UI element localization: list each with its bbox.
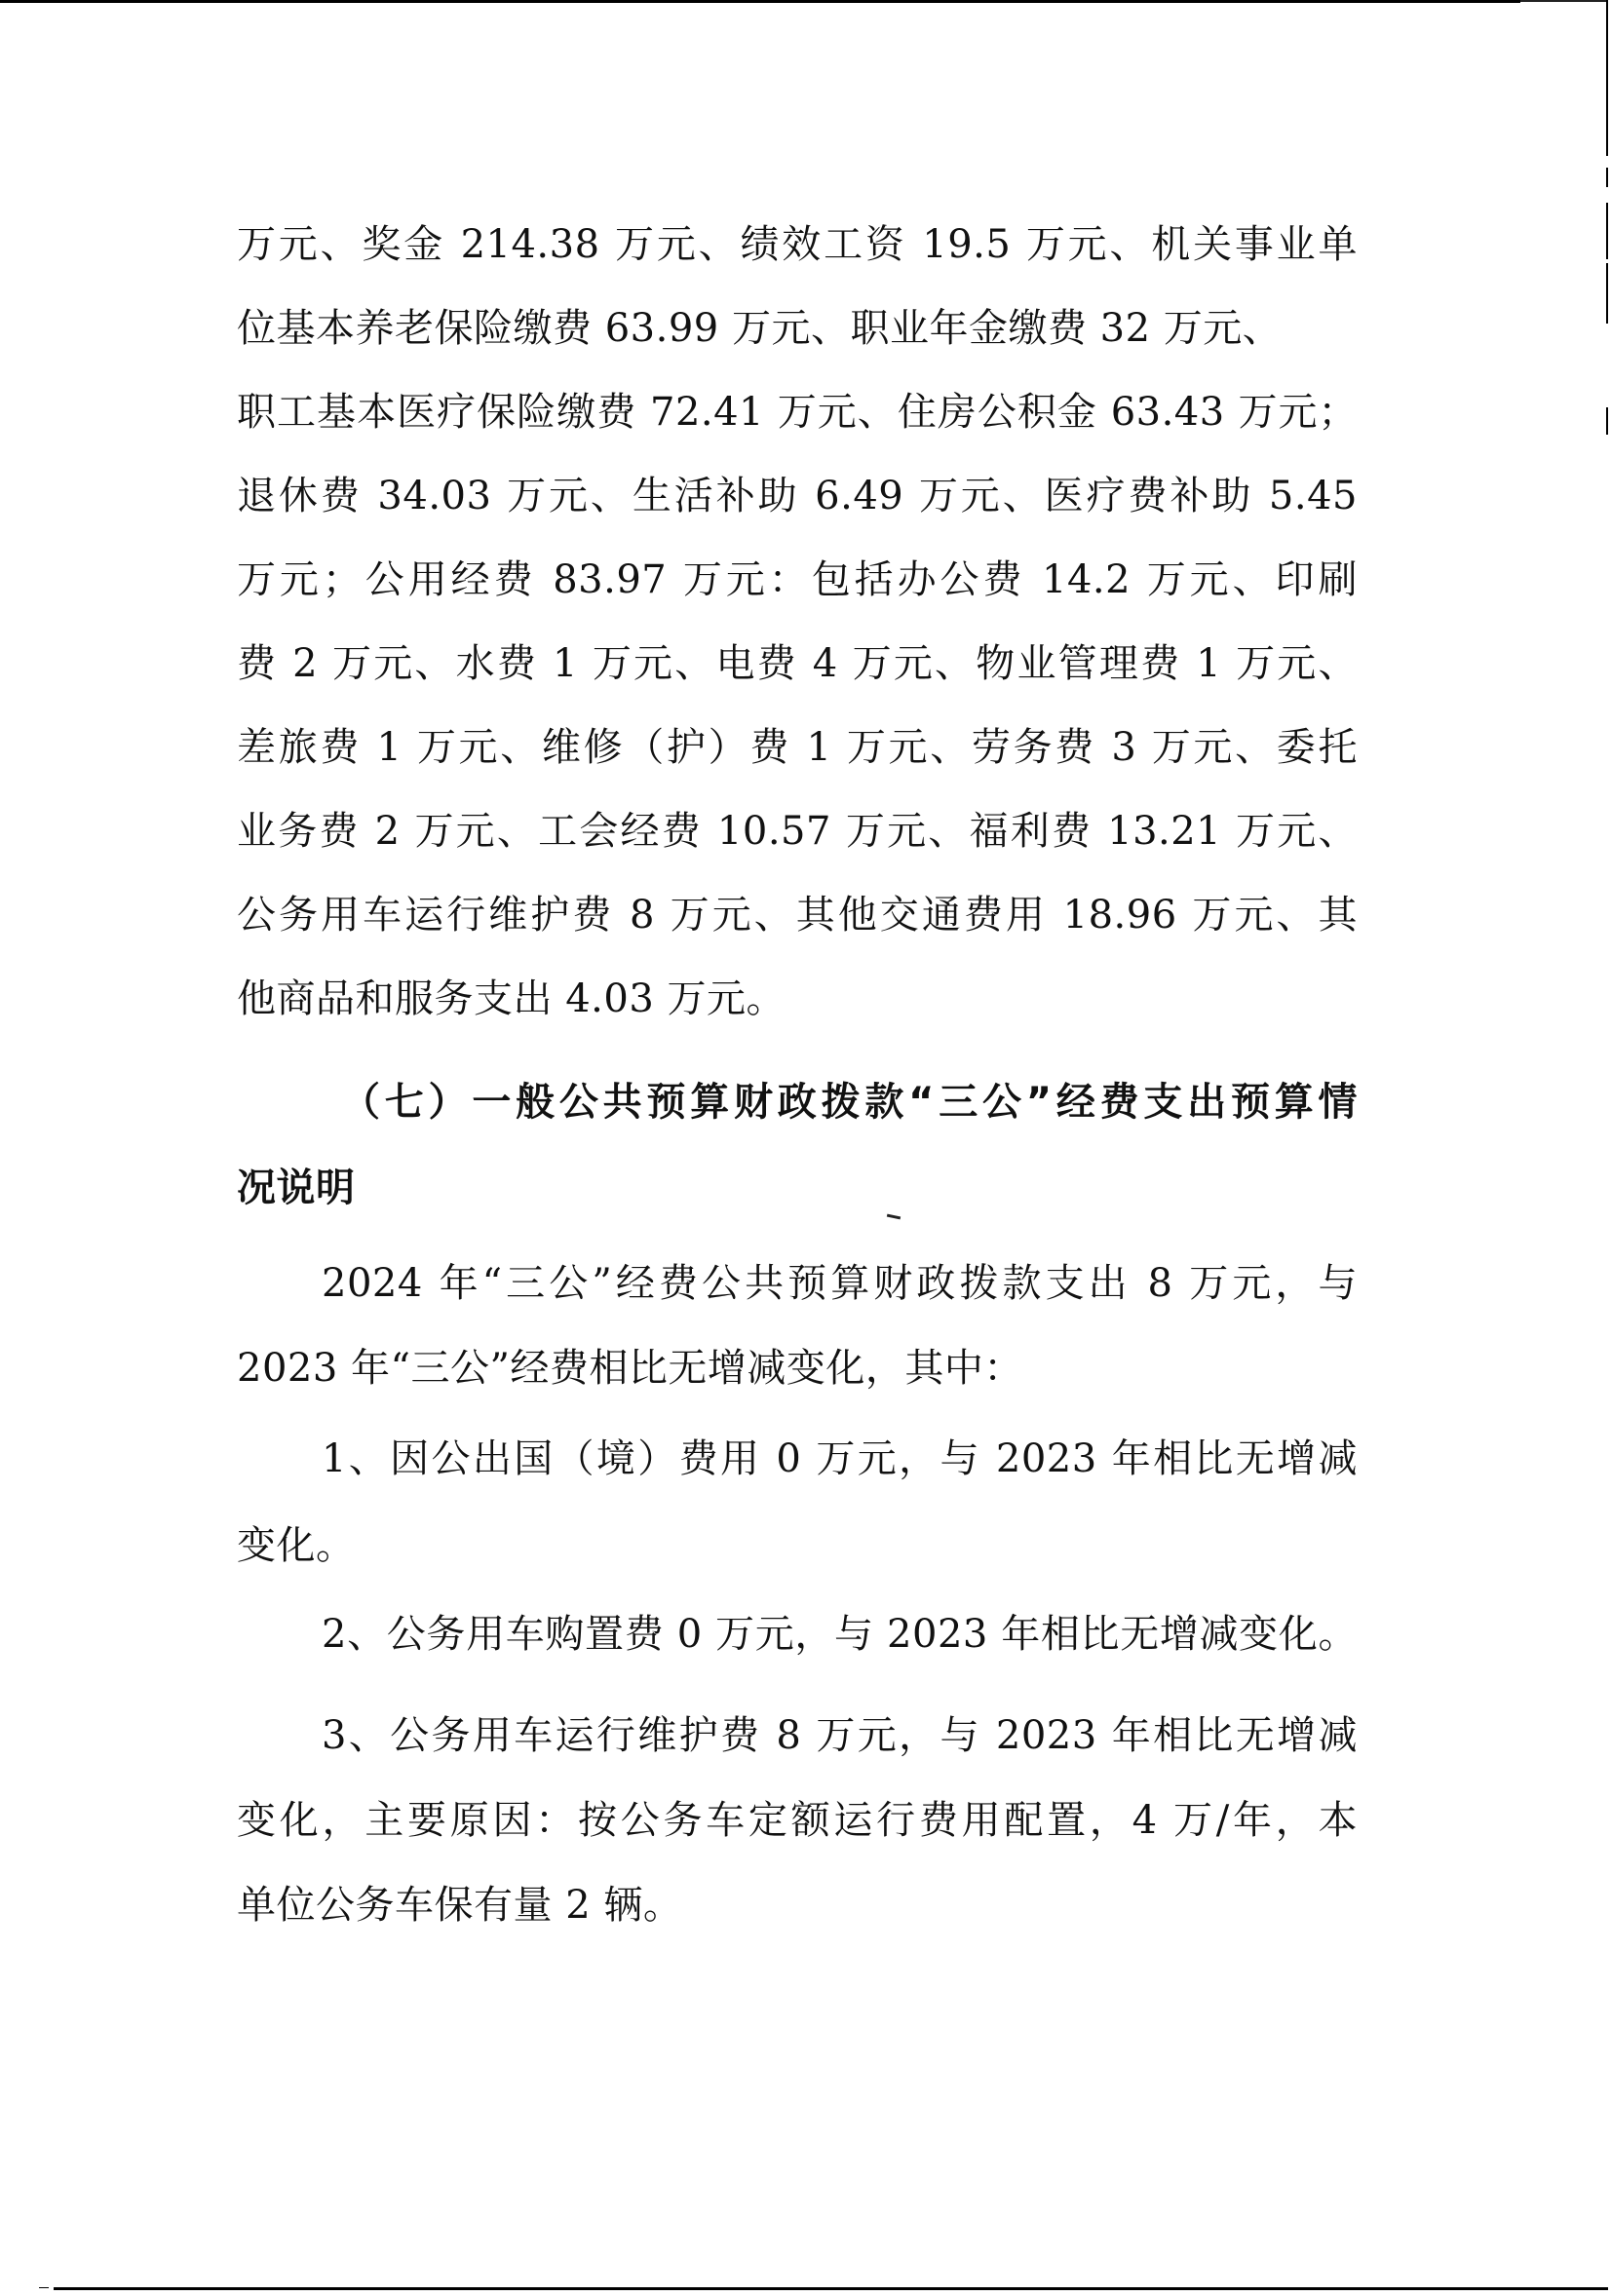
paragraph-line: 位基本养老保险缴费 63.99 万元、职业年金缴费 32 万元、 bbox=[237, 306, 1358, 351]
paragraph-line: 退休费 34.03 万元、生活补助 6.49 万元、医疗费补助 5.45 bbox=[237, 474, 1358, 518]
paragraph-line: 费 2 万元、水费 1 万元、电费 4 万元、物业管理费 1 万元、 bbox=[237, 641, 1358, 686]
list-item-line: 变化。 bbox=[237, 1523, 1358, 1568]
list-item-line: 单位公务车保有量 2 辆。 bbox=[237, 1883, 1358, 1928]
scan-border-right bbox=[1606, 203, 1608, 259]
scan-border-bottom bbox=[54, 2287, 1608, 2290]
scan-border-bottom bbox=[39, 2287, 49, 2288]
paragraph-line: 差旅费 1 万元、维修（护）费 1 万元、劳务费 3 万元、委托 bbox=[237, 725, 1358, 770]
section-heading-line: 况说明 bbox=[237, 1166, 1358, 1210]
list-item-line: 变化，主要原因：按公务车定额运行费用配置，4 万/年，本 bbox=[237, 1798, 1358, 1843]
list-item-line: 1、因公出国（境）费用 0 万元，与 2023 年相比无增减 bbox=[322, 1436, 1358, 1481]
paragraph-line: 业务费 2 万元、工会经费 10.57 万元、福利费 13.21 万元、 bbox=[237, 809, 1358, 854]
scan-speck bbox=[887, 1214, 901, 1220]
scan-border-right bbox=[1606, 407, 1608, 435]
list-item-line: 3、公务用车运行维护费 8 万元，与 2023 年相比无增减 bbox=[322, 1713, 1358, 1758]
paragraph-line: 职工基本医疗保险缴费 72.41 万元、住房公积金 63.43 万元； bbox=[237, 390, 1358, 435]
section-heading-line: （七）一般公共预算财政拨款“三公”经费支出预算情 bbox=[341, 1080, 1358, 1125]
paragraph-line: 2023 年“三公”经费相比无增减变化，其中： bbox=[237, 1346, 1358, 1391]
scan-border-right bbox=[1606, 0, 1608, 156]
scan-border-right bbox=[1606, 263, 1608, 324]
scan-border-top bbox=[0, 0, 1520, 3]
paragraph-line: 2024 年“三公”经费公共预算财政拨款支出 8 万元，与 bbox=[322, 1261, 1358, 1306]
scan-border-top-right bbox=[1520, 0, 1608, 2]
paragraph-line: 公务用车运行维护费 8 万元、其他交通费用 18.96 万元、其 bbox=[237, 893, 1358, 938]
list-item-line: 2、公务用车购置费 0 万元，与 2023 年相比无增减变化。 bbox=[322, 1612, 1358, 1657]
paragraph-line: 万元、奖金 214.38 万元、绩效工资 19.5 万元、机关事业单 bbox=[237, 222, 1358, 267]
paragraph-line: 万元；公用经费 83.97 万元：包括办公费 14.2 万元、印刷 bbox=[237, 557, 1358, 602]
paragraph-line: 他商品和服务支出 4.03 万元。 bbox=[237, 976, 1358, 1021]
scan-border-right bbox=[1606, 168, 1608, 187]
